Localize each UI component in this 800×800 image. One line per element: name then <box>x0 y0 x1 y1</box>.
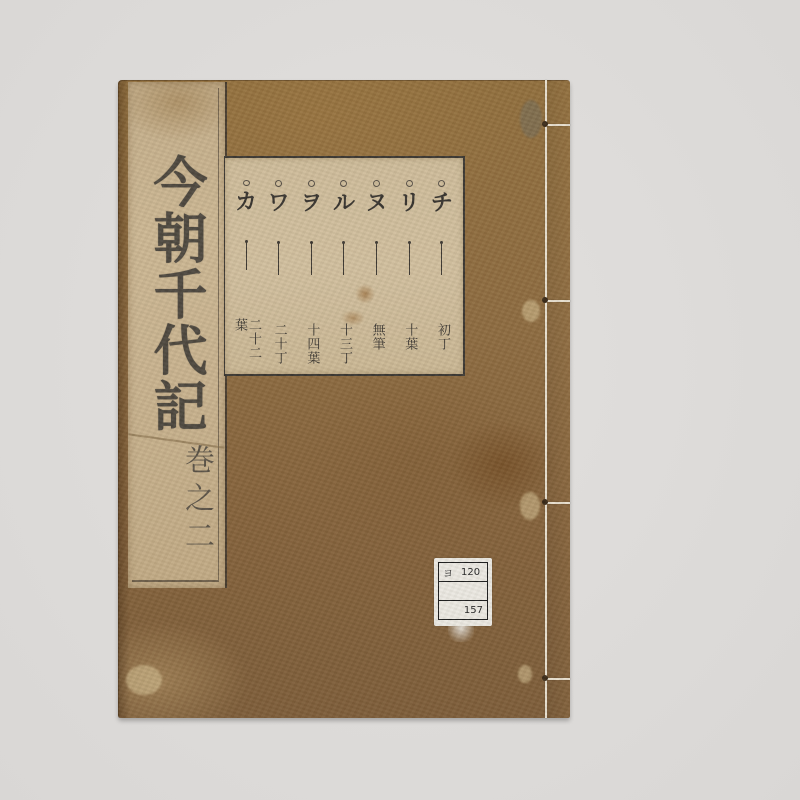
index-kana: ヌ <box>366 191 388 217</box>
circle-mark-icon <box>308 180 315 187</box>
index-line <box>376 243 377 275</box>
index-line <box>311 243 312 275</box>
pale-stain <box>520 492 540 520</box>
index-column: ヲ 十四葉 <box>296 180 326 366</box>
binding-stitch <box>545 678 570 680</box>
index-pages: 初丁 <box>435 323 449 351</box>
call-number-row-2 <box>439 582 487 601</box>
index-kana: ヲ <box>300 191 322 217</box>
book-cover: 今朝千代記 巻之二 チ 初丁 リ 十葉 ヌ 無筆 <box>118 80 570 718</box>
index-column: チ 初丁 <box>427 180 457 366</box>
index-column: リ 十葉 <box>394 180 424 366</box>
call-number-grid: ヨ 120 157 <box>438 562 488 620</box>
classification-mark: ヨ <box>443 565 453 580</box>
shelf-number: 120 <box>461 567 480 578</box>
volume-number: 巻之二 <box>178 444 214 558</box>
index-column: ヌ 無筆 <box>362 180 392 366</box>
index-kana: ワ <box>268 191 290 217</box>
circle-mark-icon <box>243 180 250 186</box>
index-pages: 十四葉 <box>304 323 318 365</box>
index-line <box>246 242 247 270</box>
circle-mark-icon <box>340 180 347 187</box>
spine-strip <box>548 80 570 718</box>
index-column: カ 二十二葉 <box>231 180 261 366</box>
index-kana: リ <box>398 191 420 217</box>
index-kana: チ <box>431 191 453 217</box>
binding-stitch <box>545 300 570 302</box>
circle-mark-icon <box>275 180 282 187</box>
title-slip: 今朝千代記 巻之二 <box>128 82 227 588</box>
index-kana: ル <box>333 191 355 217</box>
index-kana: カ <box>235 190 257 216</box>
stitch-hole-icon <box>542 499 548 505</box>
book-title: 今朝千代記 <box>146 154 208 434</box>
index-line <box>343 243 344 275</box>
binding-stitch <box>545 502 570 504</box>
binding-stitch <box>545 124 570 126</box>
index-pages: 十三丁 <box>337 323 351 365</box>
circle-mark-icon <box>373 180 380 187</box>
stitch-hole-icon <box>542 297 548 303</box>
circle-mark-icon <box>438 180 445 187</box>
index-column: ル 十三丁 <box>329 180 359 366</box>
circle-mark-icon <box>406 180 413 187</box>
index-line <box>441 243 442 275</box>
index-column: ワ 二十丁 <box>264 180 294 366</box>
index-line <box>409 243 410 275</box>
index-line <box>278 243 279 275</box>
index-pages: 十葉 <box>402 323 416 351</box>
pale-stain <box>522 300 540 322</box>
stitch-hole-icon <box>542 121 548 127</box>
index-pages: 二十二葉 <box>232 318 260 366</box>
library-call-number-label: ヨ 120 157 <box>434 558 492 626</box>
index-pages: 無筆 <box>370 323 384 351</box>
stitch-hole-icon <box>542 675 548 681</box>
index-pages: 二十丁 <box>272 323 286 365</box>
pale-stain <box>126 665 162 695</box>
index-columns: チ 初丁 リ 十葉 ヌ 無筆 ル 十三丁 <box>231 180 457 366</box>
pale-stain <box>520 100 542 138</box>
call-number-row-1: ヨ 120 <box>439 563 487 582</box>
call-number-row-3: 157 <box>439 601 487 619</box>
binding-thread <box>545 80 547 718</box>
pale-stain <box>518 665 532 683</box>
index-label: チ 初丁 リ 十葉 ヌ 無筆 ル 十三丁 <box>224 156 465 376</box>
